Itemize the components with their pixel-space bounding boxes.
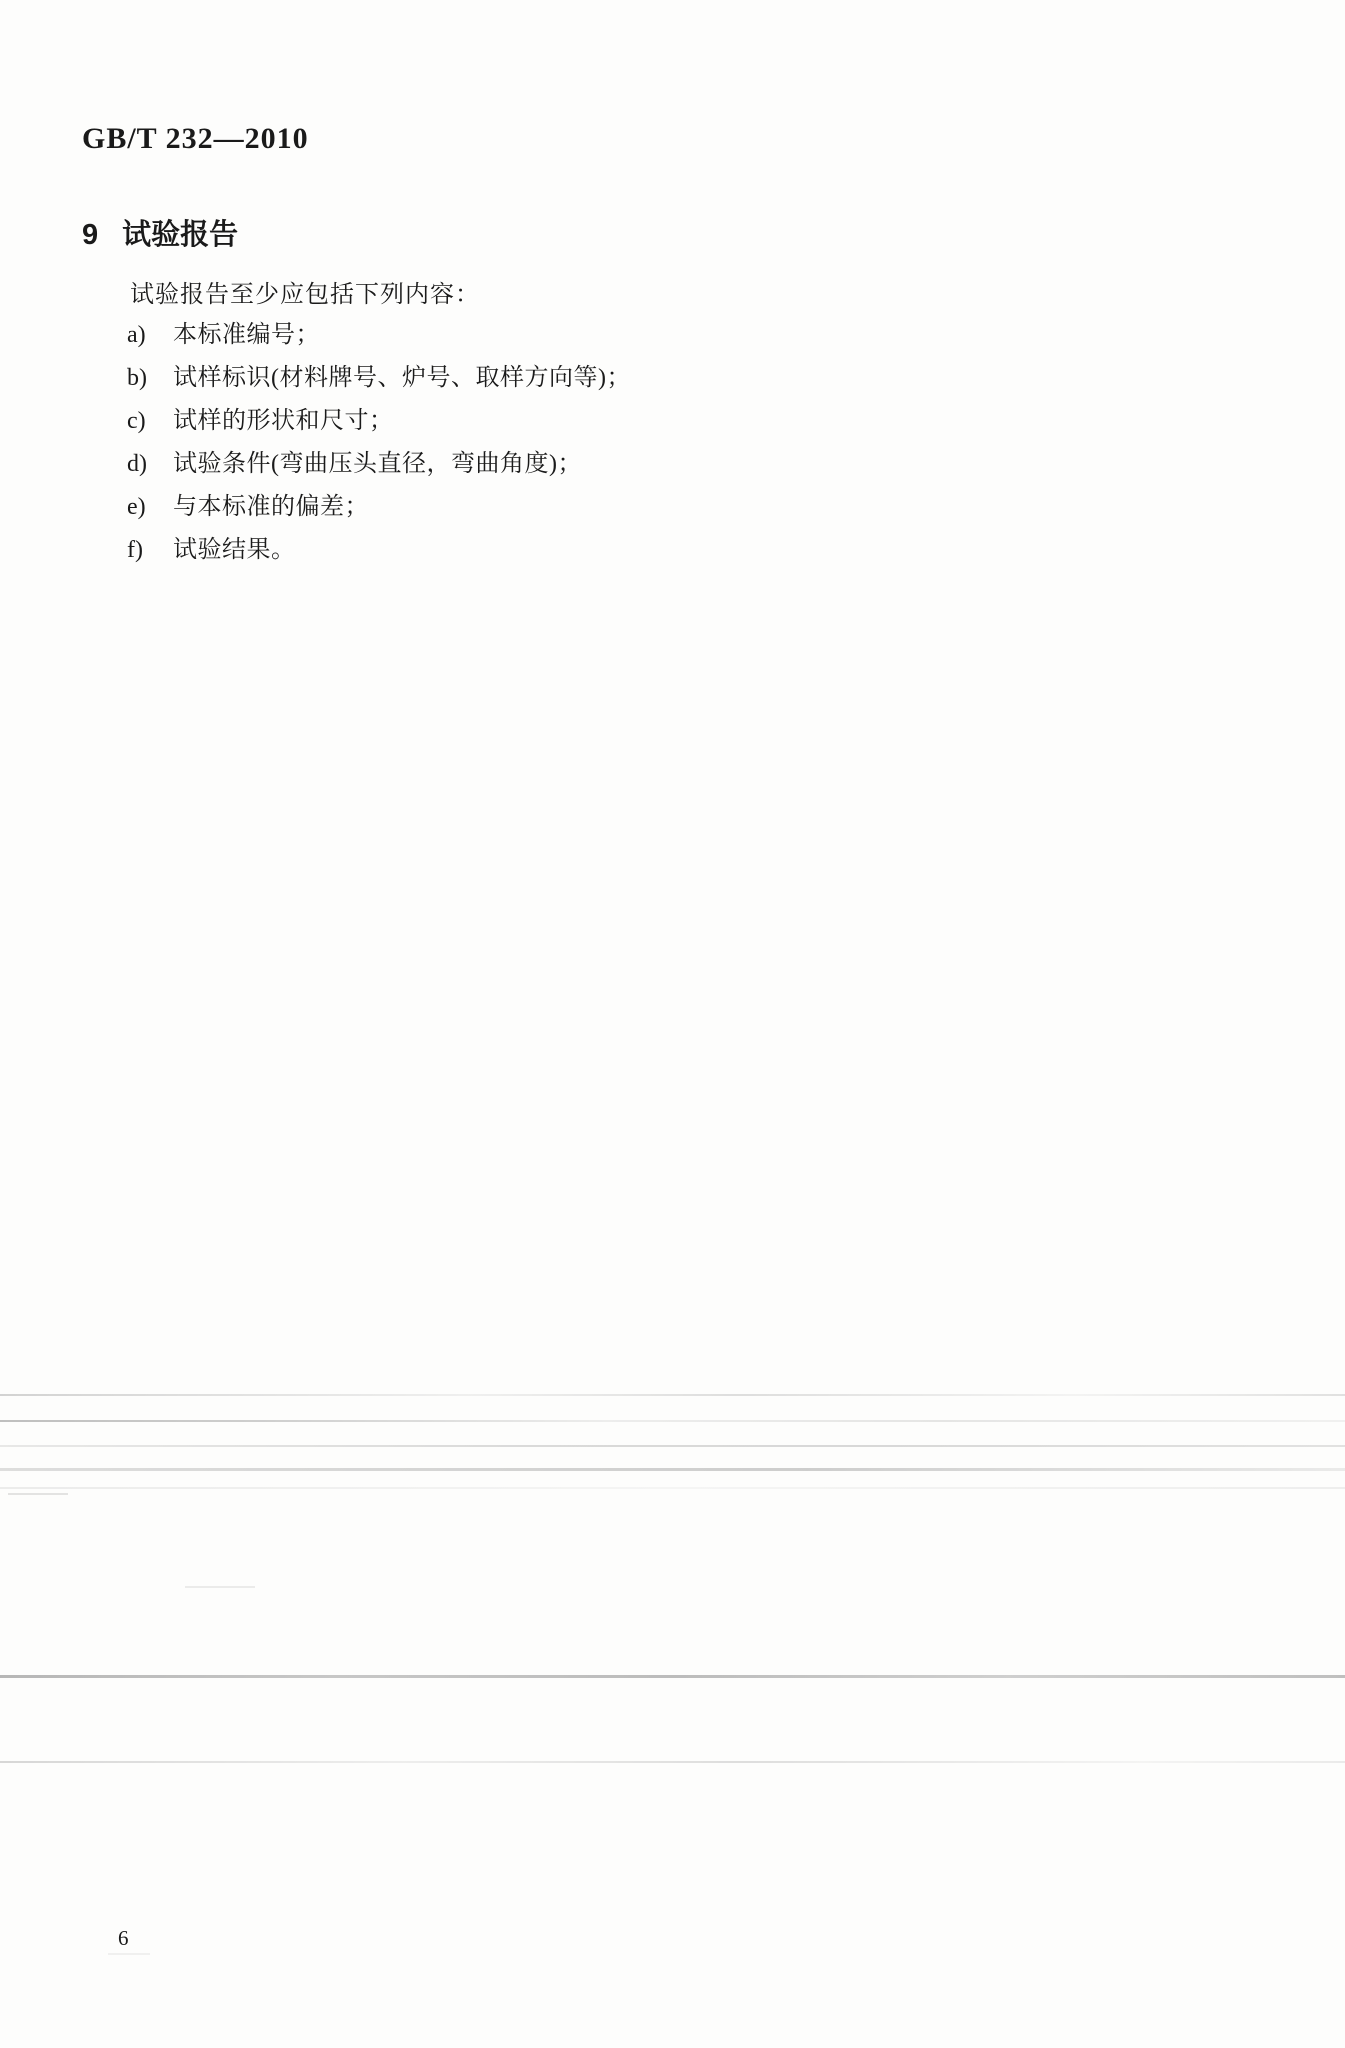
list-item: e) 与本标准的偏差； (0, 486, 1345, 529)
list-item-text: 试样的形状和尺寸； (173, 400, 394, 443)
scan-artifact-speckle (108, 1953, 150, 1955)
report-items-list: a) 本标准编号； b) 试样标识(材料牌号、炉号、取样方向等)； c) 试样的… (0, 314, 1345, 572)
list-item: d) 试验条件(弯曲压头直径，弯曲角度)； (0, 443, 1345, 486)
list-item-text: 试样标识(材料牌号、炉号、取样方向等)； (173, 357, 631, 400)
section-title: 试验报告 (122, 219, 238, 251)
list-item: a) 本标准编号； (0, 314, 1345, 357)
list-item-label: b) (127, 357, 173, 400)
section-heading: 9试验报告 (82, 212, 238, 253)
list-item-label: c) (127, 400, 173, 443)
list-item-text: 本标准编号； (173, 314, 320, 357)
scan-artifact-line (0, 1487, 1345, 1489)
scan-artifact-speckle (185, 1586, 255, 1588)
list-item: f) 试验结果。 (0, 529, 1345, 572)
document-page: GB/T 232—2010 9试验报告 试验报告至少应包括下列内容： a) 本标… (0, 0, 1345, 2048)
list-item-text: 试验结果。 (173, 529, 296, 572)
scan-artifact-line (0, 1394, 1345, 1396)
list-item: c) 试样的形状和尺寸； (0, 400, 1345, 443)
intro-paragraph: 试验报告至少应包括下列内容： (130, 274, 480, 309)
list-item-text: 与本标准的偏差； (173, 486, 369, 529)
list-item-text: 试验条件(弯曲压头直径，弯曲角度)； (173, 443, 582, 486)
scan-artifact-line (0, 1761, 1345, 1763)
page-number: 6 (118, 1926, 129, 1951)
list-item-label: e) (127, 486, 173, 529)
list-item-label: f) (127, 529, 173, 572)
scan-artifact-speckle (8, 1493, 68, 1495)
scan-artifact-line (0, 1420, 1345, 1422)
standard-number-header: GB/T 232—2010 (82, 122, 309, 156)
list-item: b) 试样标识(材料牌号、炉号、取样方向等)； (0, 357, 1345, 400)
scan-artifact-line (0, 1468, 1345, 1471)
scan-artifact-line (0, 1445, 1345, 1447)
list-item-label: a) (127, 314, 173, 357)
list-item-label: d) (127, 443, 173, 486)
scan-artifact-line (0, 1675, 1345, 1678)
section-number: 9 (82, 219, 98, 252)
